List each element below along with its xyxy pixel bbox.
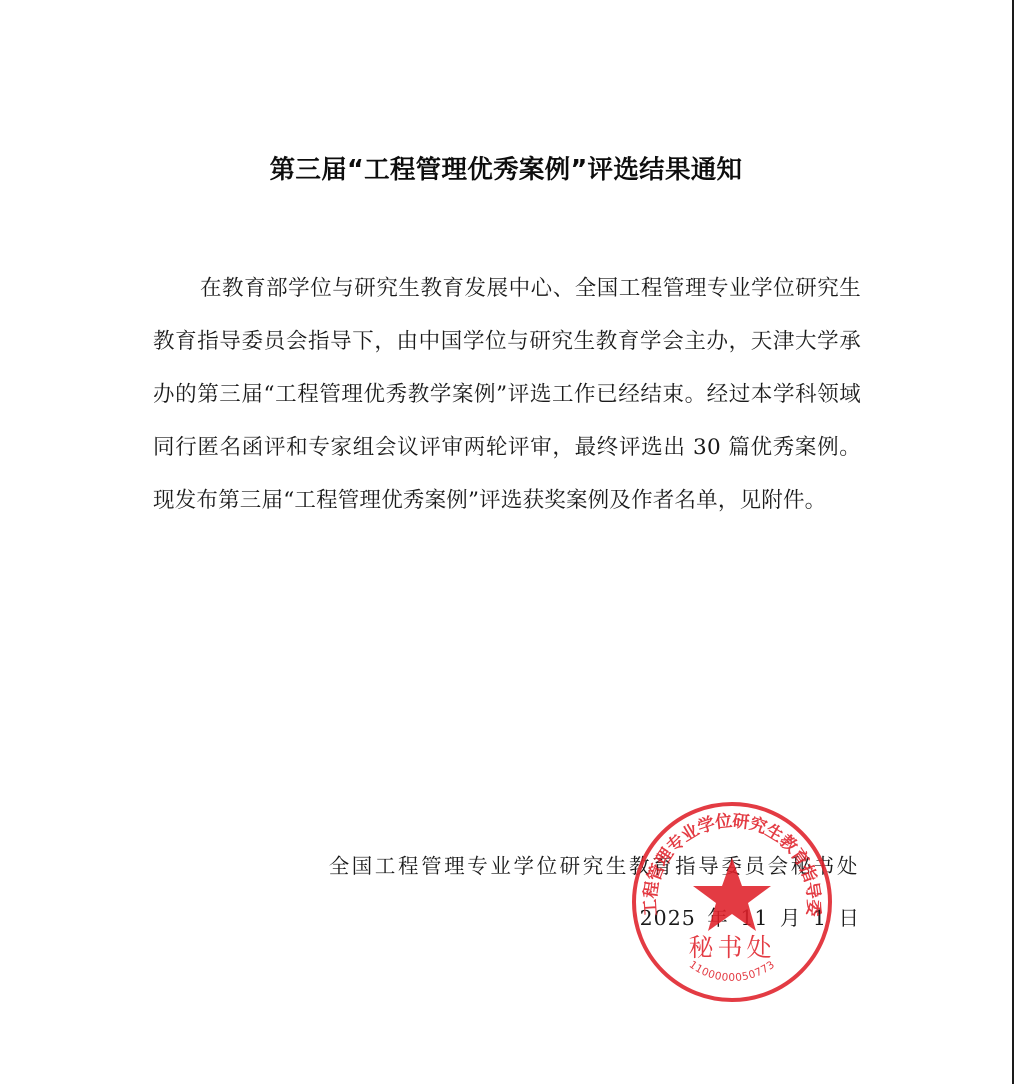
document-title: 第三届“工程管理优秀案例”评选结果通知 [150, 152, 862, 188]
body-paragraph: 在教育部学位与研究生教育发展中心、全国工程管理专业学位研究生教育指导委员会指导下… [153, 262, 861, 527]
document-page: 第三届“工程管理优秀案例”评选结果通知 在教育部学位与研究生教育发展中心、全国工… [0, 0, 1012, 1084]
seal-serial-number: 1100000050773 [687, 959, 777, 984]
issue-date: 2025 年 11 月 1 日 [640, 900, 860, 936]
seal-center-text: 秘书处 [688, 933, 775, 962]
issuer-signature: 全国工程管理专业学位研究生教育指导委员会秘书处 [329, 848, 860, 884]
page-edge-rule [1012, 0, 1014, 1084]
svg-text:1100000050773: 1100000050773 [687, 959, 777, 984]
